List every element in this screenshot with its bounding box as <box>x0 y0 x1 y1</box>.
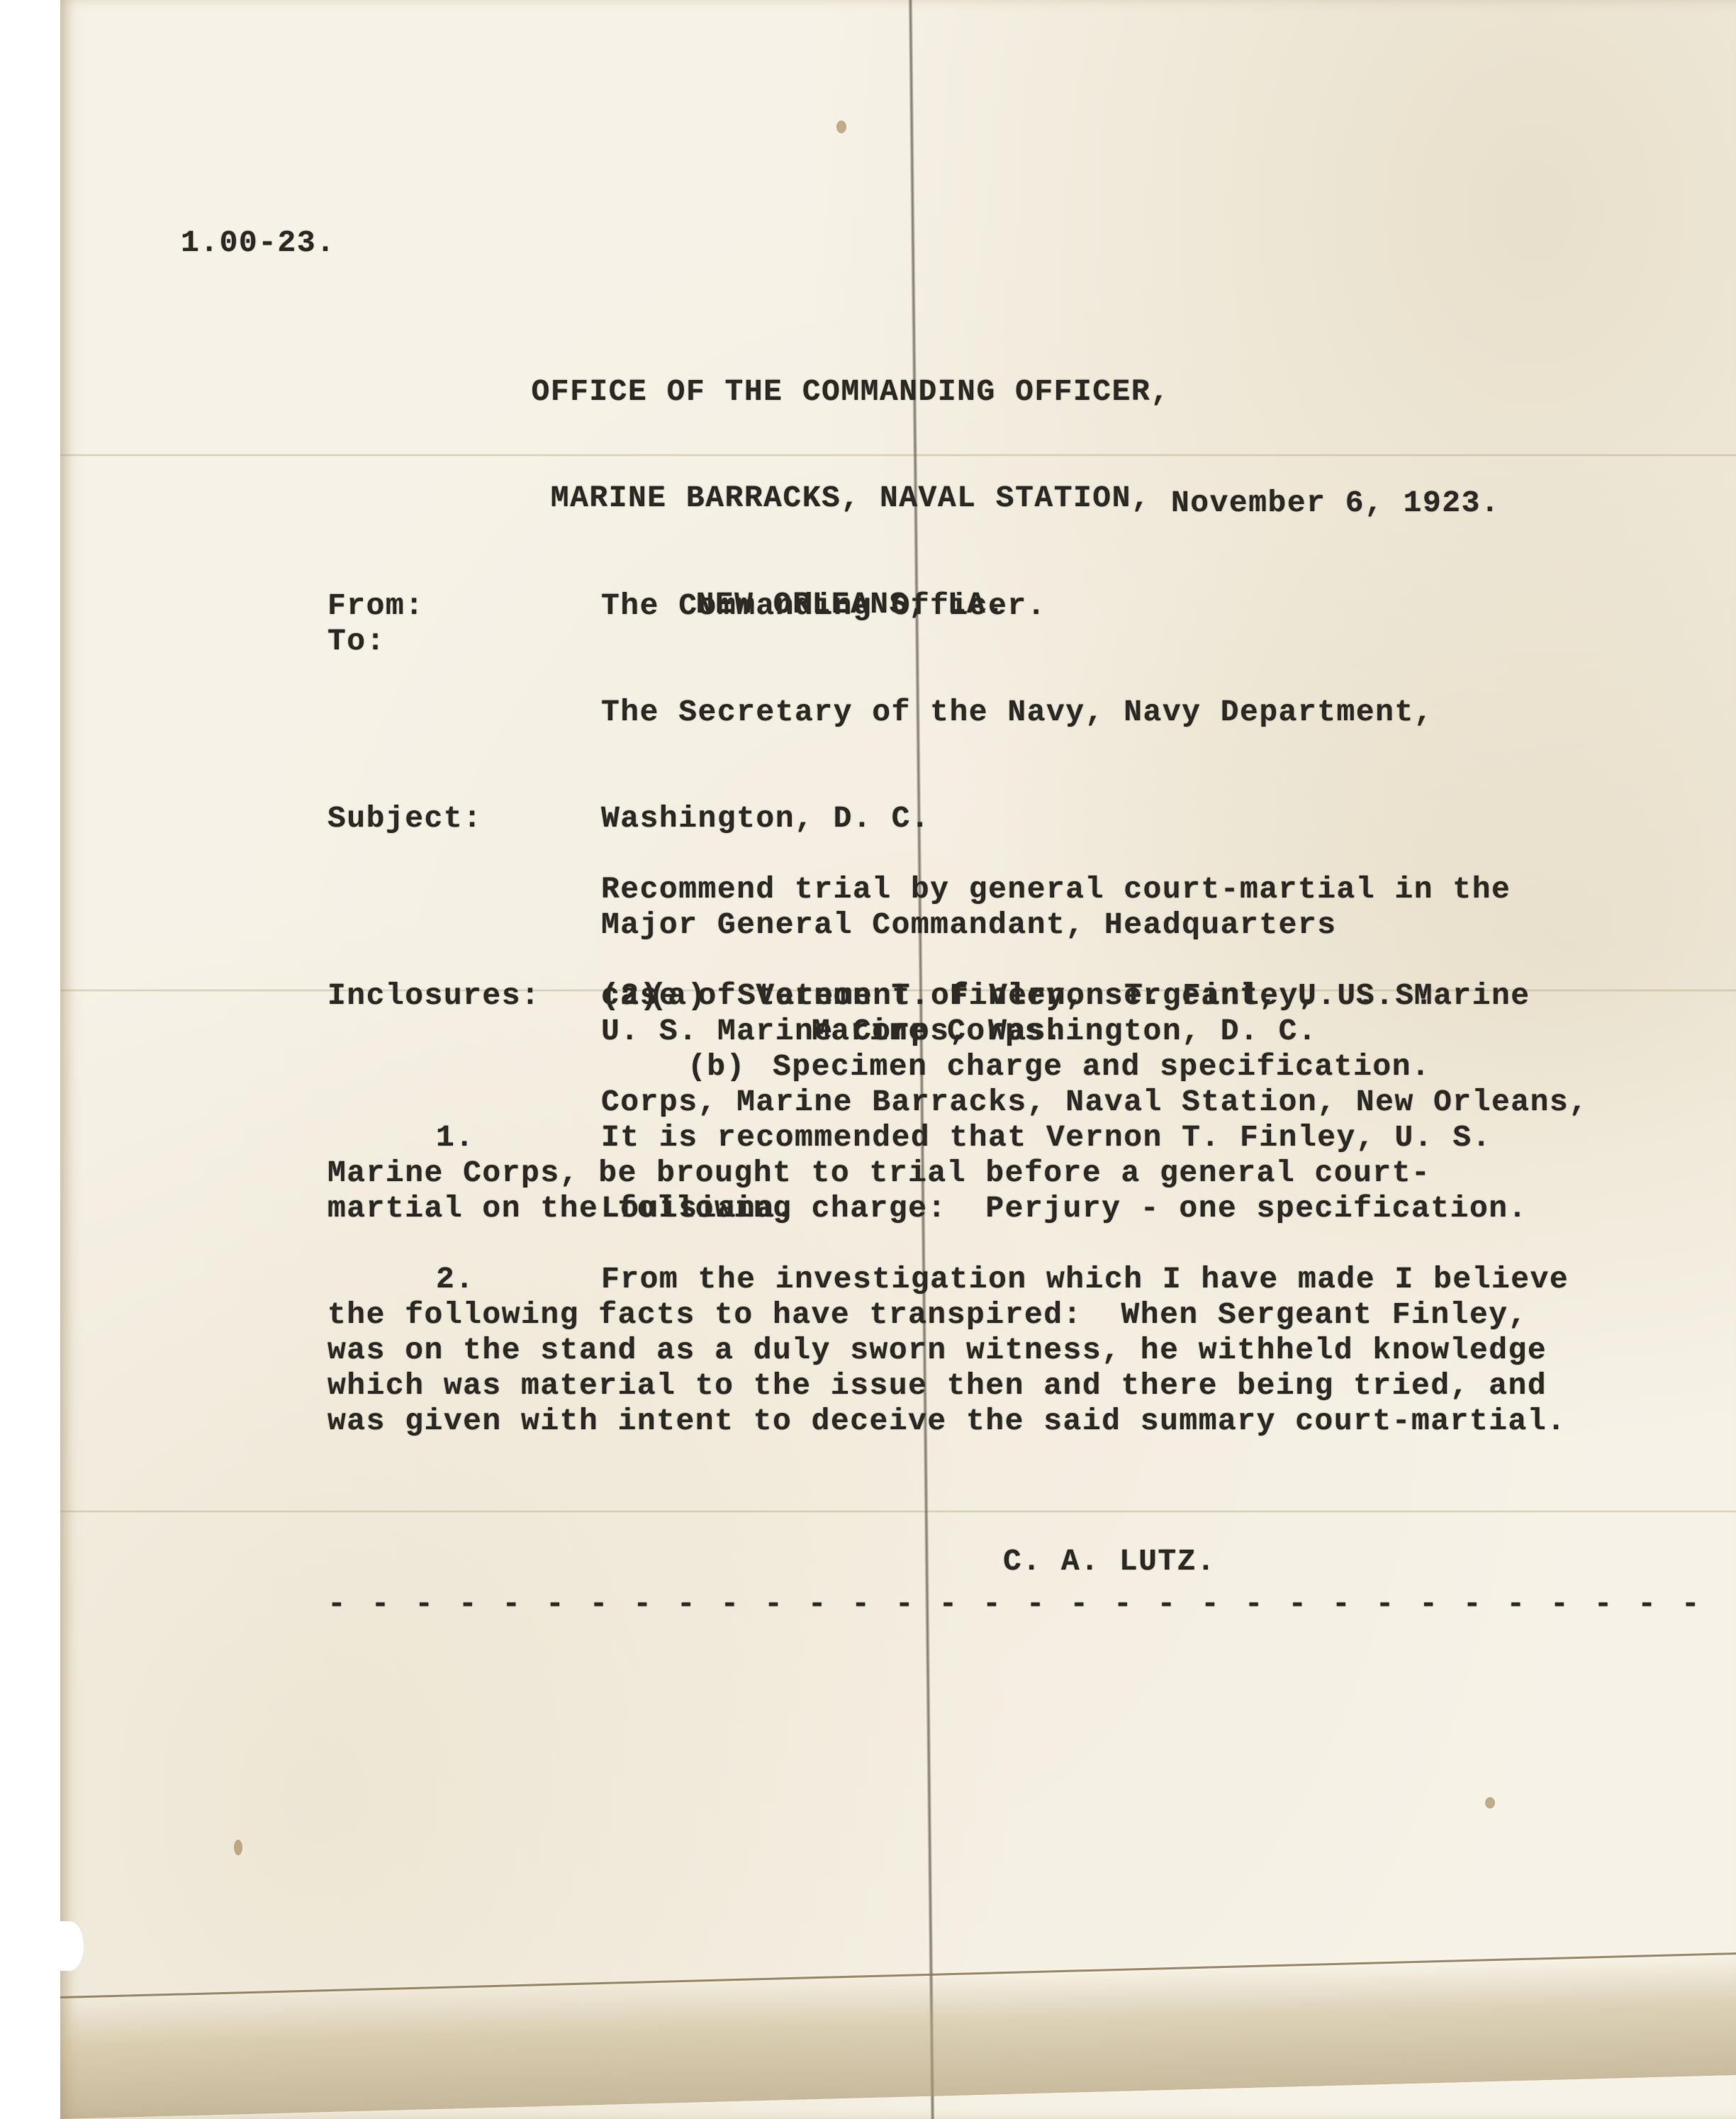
from-label: From: <box>327 588 425 624</box>
stain-spot <box>836 121 846 133</box>
to-label: To: <box>327 624 386 659</box>
from-value: The Commanding Officer. <box>601 588 1046 624</box>
to-line: The Secretary of the Navy, Navy Departme… <box>601 695 1433 730</box>
paragraph-2-line: was on the stand as a duly sworn witness… <box>327 1333 1547 1368</box>
letterhead-line: OFFICE OF THE COMMANDING OFFICER, <box>454 374 1248 410</box>
letter-date: November 6, 1923. <box>1171 486 1500 521</box>
subject-line: Corps, Marine Barracks, Naval Station, N… <box>601 1085 1589 1120</box>
paragraph-2-line: was given with intent to deceive the sai… <box>327 1404 1566 1439</box>
inclosure-b-letter: (b) <box>688 1049 746 1085</box>
paragraph-2-line: the following facts to have transpired: … <box>327 1297 1528 1333</box>
inclosure-b-line: Specimen charge and specification. <box>773 1049 1430 1085</box>
letterhead-line: MARINE BARRACKS, NAVAL STATION, <box>454 481 1248 516</box>
subject-line: Recommend trial by general court-martial… <box>601 872 1589 907</box>
file-number: 1.00-23. <box>181 225 335 261</box>
separator-line: - - - - - - - - - - - - - - - - - - - - … <box>327 1587 1703 1622</box>
torn-bottom-edge <box>60 1952 1736 2119</box>
punch-hole <box>55 1921 84 1971</box>
signature: C. A. LUTZ. <box>1003 1544 1216 1580</box>
paper-crease <box>60 1510 1736 1513</box>
inclosure-a-line: Statement of Vernon T. Finley, U. S. <box>737 978 1434 1014</box>
paragraph-1-number: 1. <box>436 1120 475 1156</box>
stain-spot <box>234 1840 242 1855</box>
inclosure-a-letter: (a) <box>649 978 707 1014</box>
paragraph-1-line: Marine Corps, be brought to trial before… <box>327 1156 1430 1191</box>
paragraph-1-line: martial on the following charge: Perjury… <box>327 1191 1528 1226</box>
paragraph-1-line: It is recommended that Vernon T. Finley,… <box>601 1120 1491 1156</box>
paragraph-2-number: 2. <box>436 1262 475 1297</box>
paragraph-2-line: which was material to the issue then and… <box>327 1368 1547 1404</box>
paragraph-2-line: From the investigation which I have made… <box>601 1262 1569 1297</box>
subject-label: Subject: <box>327 801 482 837</box>
stain-spot <box>1485 1797 1495 1808</box>
inclosures-label: Inclosures: <box>327 978 540 1014</box>
inclosure-a-line: Marine Corps. <box>812 1014 1063 1049</box>
